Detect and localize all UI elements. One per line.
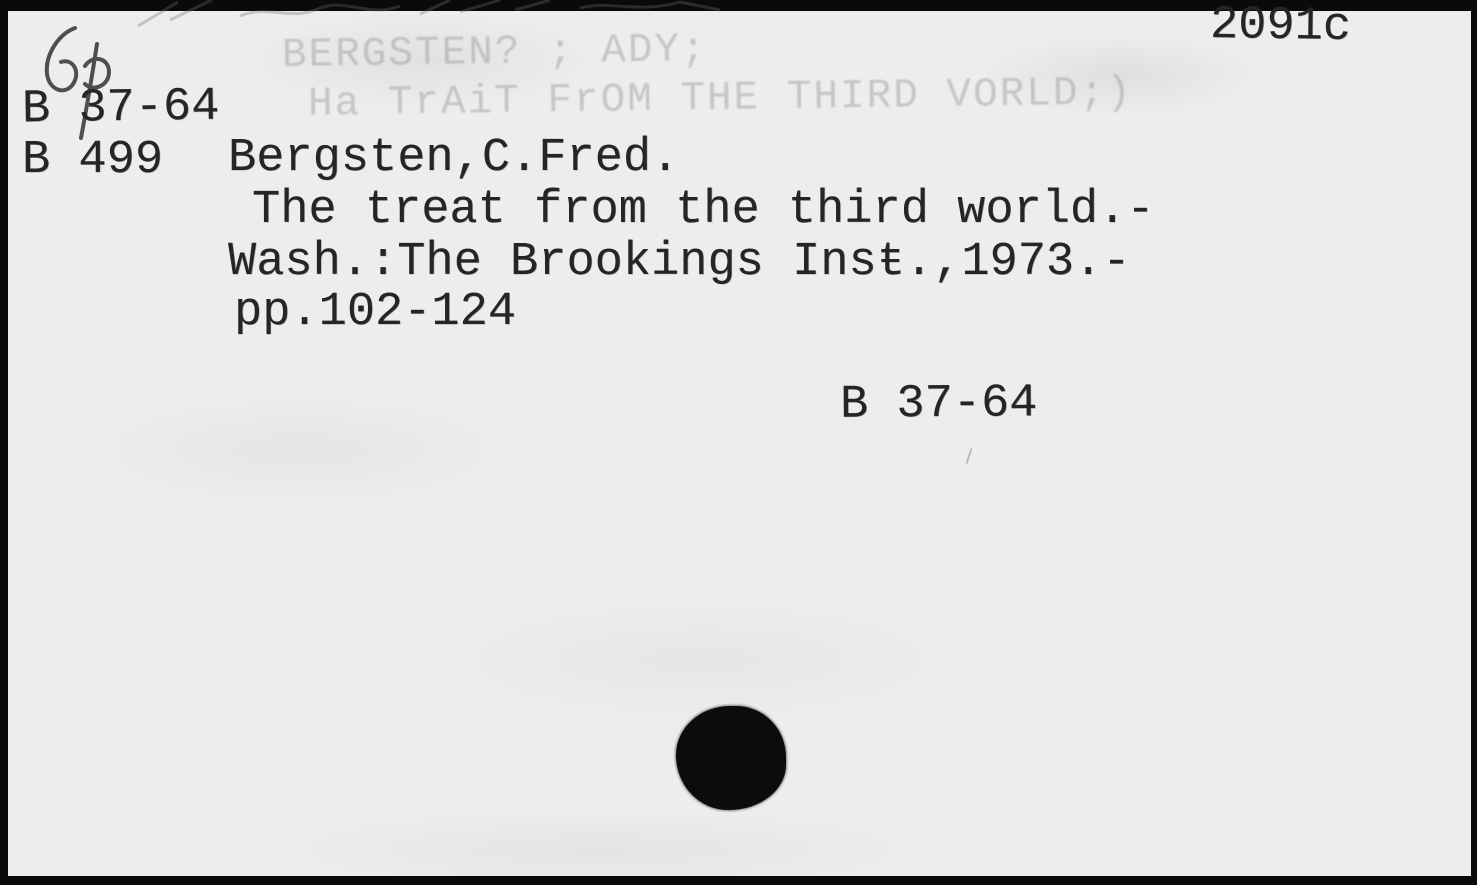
catalog-card-scan: BERGSTEN? ; ADY; Ha TrAiT FrOM THE THIRD… — [0, 0, 1477, 885]
punch-hole-dot — [676, 706, 786, 810]
imprint-line: Wash.:The Brookings Insŧ.,1973.- — [228, 238, 1131, 287]
call-number-line2: B 499 — [22, 136, 163, 185]
ghost-overprint-line1: BERGSTEN? ; ADY; — [282, 27, 708, 79]
author-heading: Bergsten,C.Fred. — [228, 134, 679, 183]
ghost-overprint-line2: Ha TrAiT FrOM THE THIRD VORLD;) — [308, 70, 1133, 128]
accession-number: 2091c — [1210, 1, 1352, 52]
pencil-tick-mark — [966, 448, 973, 464]
scan-border-bottom — [0, 876, 1477, 885]
title-line: The treat from the third world.- — [252, 186, 1155, 235]
scan-border-left — [0, 0, 8, 885]
pagination-line: pp.102-124 — [234, 288, 516, 337]
reference-call-number: B 37-64 — [840, 379, 1038, 430]
call-number-line1: B 37-64 — [22, 83, 220, 135]
scan-border-right — [1471, 0, 1477, 885]
